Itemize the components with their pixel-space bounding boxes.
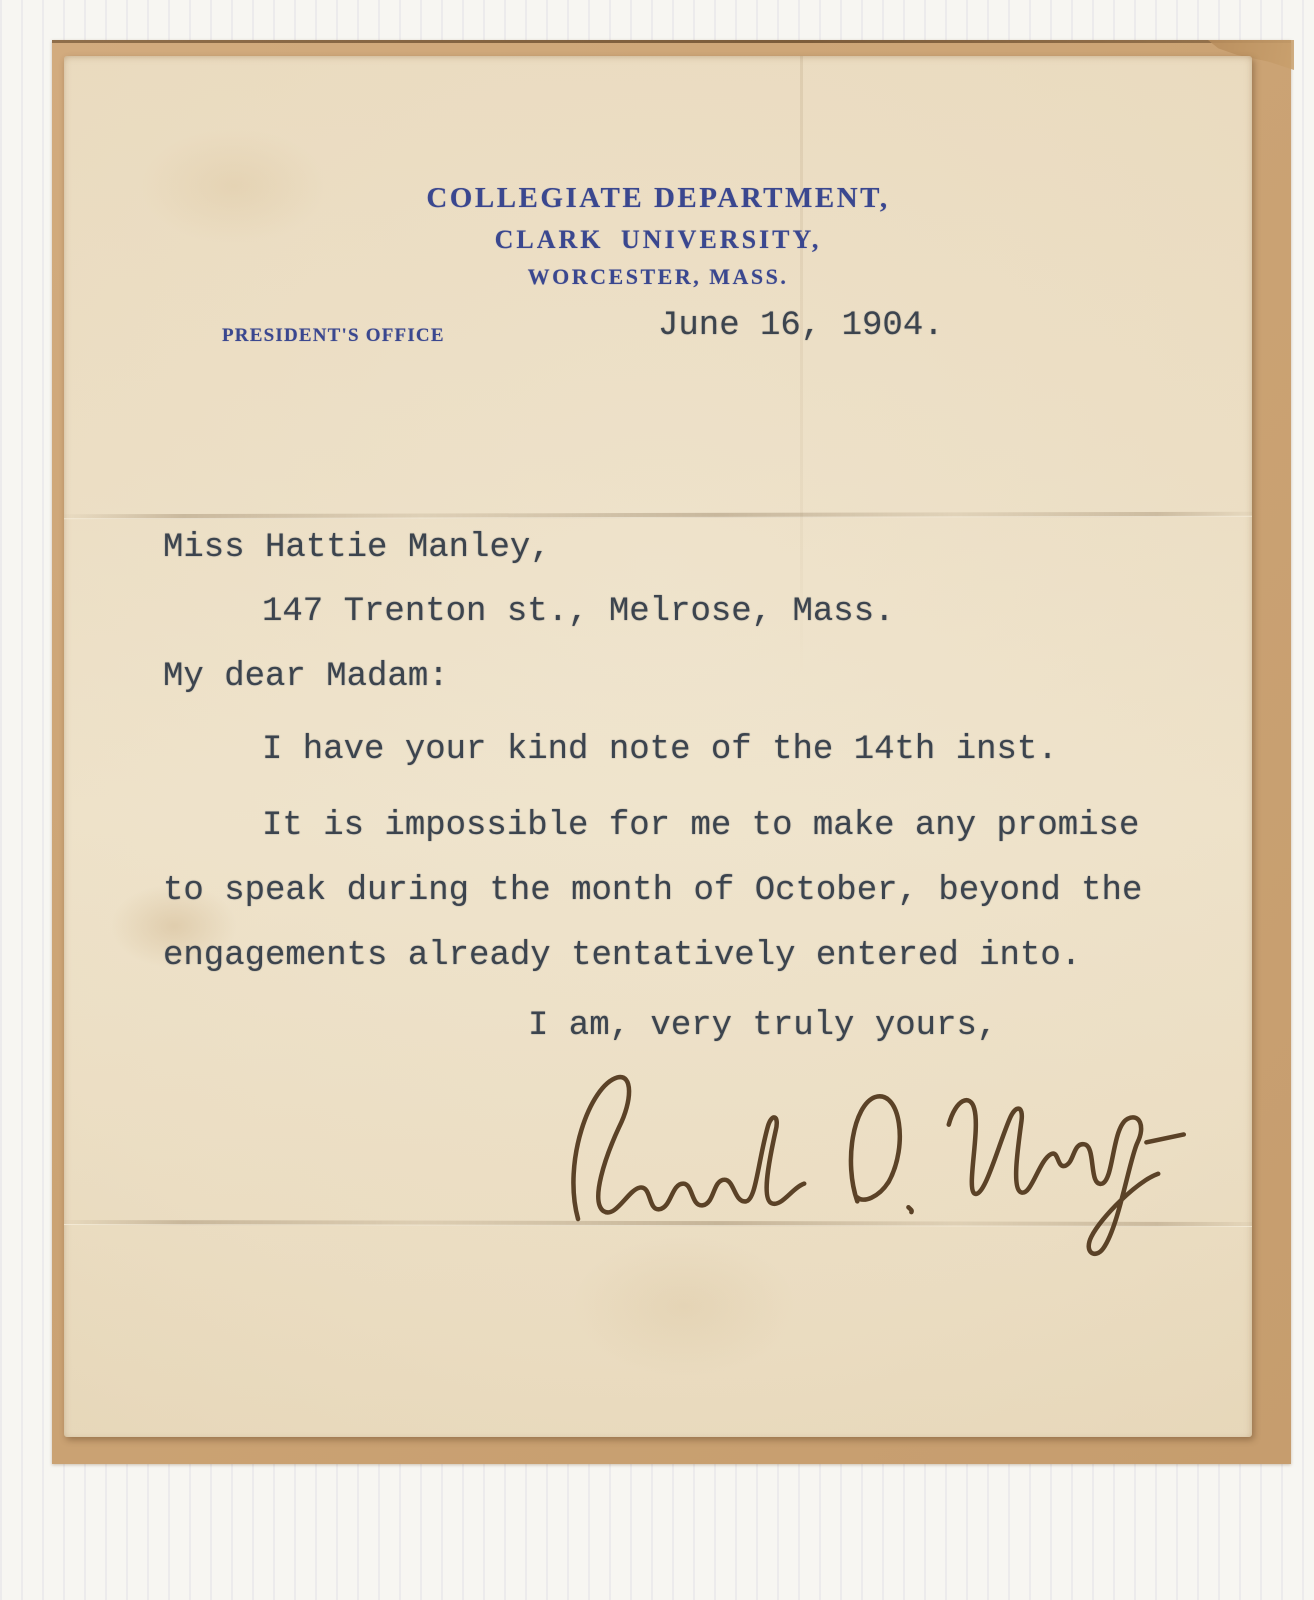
recipient-address-line: 147 Trenton st., Melrose, Mass. bbox=[262, 592, 895, 632]
letter-page: COLLEGIATE DEPARTMENT, CLARK UNIVERSITY,… bbox=[64, 56, 1252, 1437]
letterhead-location: WORCESTER, MASS. bbox=[64, 266, 1252, 288]
recipient-name-line: Miss Hattie Manley, bbox=[163, 528, 551, 568]
signature-handwriting: Carroll D. Wright bbox=[559, 1044, 1191, 1280]
letter-date: June 16, 1904. bbox=[658, 306, 944, 346]
letterhead-department: COLLEGIATE DEPARTMENT, bbox=[64, 184, 1252, 213]
salutation-line: My dear Madam: bbox=[163, 657, 449, 697]
fold-crease-top bbox=[64, 512, 1252, 519]
backing-card: COLLEGIATE DEPARTMENT, CLARK UNIVERSITY,… bbox=[52, 40, 1291, 1464]
body-line: engagements already tentatively entered … bbox=[163, 936, 1081, 976]
body-line: It is impossible for me to make any prom… bbox=[262, 806, 1139, 846]
letterhead-office-label: PRESIDENT'S OFFICE bbox=[222, 326, 445, 345]
page-root: { "letter": { "letterhead": { "departmen… bbox=[0, 0, 1314, 1600]
closing-line: I am, very truly yours, bbox=[528, 1006, 997, 1046]
vertical-crease bbox=[800, 56, 803, 677]
body-line: to speak during the month of October, be… bbox=[163, 871, 1142, 911]
body-line: I have your kind note of the 14th inst. bbox=[262, 730, 1058, 770]
letterhead-university: CLARK UNIVERSITY, bbox=[64, 227, 1252, 253]
